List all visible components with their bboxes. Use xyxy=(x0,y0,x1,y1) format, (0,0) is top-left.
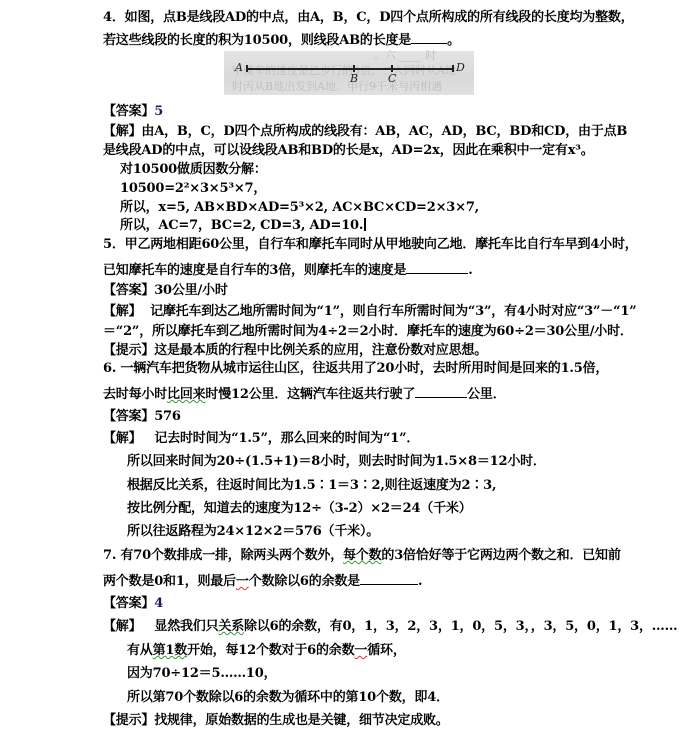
grammar-squiggle: 比回来 xyxy=(167,387,205,402)
q4-solution-line5: 所以，x=5, AB×BD×AD=5³×2, AC×BC×CD=2×3×7, xyxy=(120,200,479,216)
spelling-squiggle: 一 xyxy=(354,643,367,658)
figure-ghost-text-bot: 时丙从B地出发到A地。甲行9千米与丙相遇 xyxy=(232,78,442,94)
q4-solution-line4: 10500=2²×3×5³×7， xyxy=(120,181,266,197)
point-b-label: B xyxy=(350,72,358,85)
answer-blank xyxy=(411,31,447,44)
answer-label: 【答案】 xyxy=(103,283,154,298)
solution-text: 记摩托车到达乙地所需时间为“1”，则自行车所需时间为“3”，有4小时对应“3”－… xyxy=(150,304,636,319)
q5-line2-end: . xyxy=(468,263,472,278)
solution-label: 【解】 xyxy=(103,124,141,139)
solution-text-c: 循环， xyxy=(367,643,405,658)
q7-line2-text-b: 个数除以6的余数是 xyxy=(249,574,360,589)
q7-line2-end: . xyxy=(418,574,422,589)
q7-answer: 【答案】4 xyxy=(103,596,163,612)
tick-d xyxy=(452,65,454,72)
answer-label: 【答案】 xyxy=(103,409,154,424)
q6-solution-line3: 根据反比关系，往返时间比为1.5∶1＝3∶2,则往返速度为2∶3, xyxy=(127,478,496,494)
answer-blank xyxy=(406,261,468,274)
q7-line1-text-a: 7. 有70个数排成一排，除两头两个数外， xyxy=(103,548,343,563)
hint-text: 找规律，原始数据的生成也是关键，细节决定成败。 xyxy=(154,713,448,728)
solution-text-a: 显然我们只 xyxy=(154,619,218,634)
q6-line2-text-b: 时慢12公里．这辆汽车往返共行驶了 xyxy=(205,387,415,402)
solution-label: 【解】 xyxy=(103,431,141,446)
spelling-squiggle: 一 xyxy=(236,574,249,589)
point-c-label: C xyxy=(388,72,396,85)
hint-label: 【提示】 xyxy=(103,343,154,358)
q6-solution-line4: 按比例分配，知道去的速度为12÷（3-2）×2＝24（千米） xyxy=(127,501,472,517)
tick-b xyxy=(353,65,355,72)
hint-text: 这是最本质的行程中比例关系的应用，注意份数对应思想。 xyxy=(154,343,487,358)
solution-text: 所以，AC=7，BC=2, CD=3, AD=10. xyxy=(120,218,363,233)
q7-solution-line4: 所以第70个数除以6的余数为循环中的第10个数，即4． xyxy=(127,690,449,706)
answer-value: 5 xyxy=(154,104,163,119)
solution-label: 【解】 xyxy=(103,304,141,319)
q6-line2-end: 公里． xyxy=(467,387,505,402)
tick-a xyxy=(246,65,248,72)
q7-line1: 7. 有70个数排成一排，除两头两个数外，每个数的3倍恰好等于它两边两个数之和．… xyxy=(103,548,621,564)
q6-line1: 6. 一辆汽车把货物从城市运往山区，往返共用了20小时，去时所用时间是回来的1.… xyxy=(103,361,608,377)
text-cursor xyxy=(364,218,366,231)
solution-text: 由A，B，C，D四个点所构成的线段有：AB，AC，AD，BC，BD和CD，由于点… xyxy=(141,124,627,139)
solution-text-b: 除以6的余数，有0，1，3，2，3，1，0，5，3，，3，5，0，1，3，…… xyxy=(244,619,677,634)
q4-line2-end: 。 xyxy=(447,33,460,48)
q4-solution-line3: 对10500做质因数分解： xyxy=(120,162,267,178)
q6-solution-line1: 【解】 记去时时间为“1.5”，那么回来的时间为“1”． xyxy=(103,431,419,447)
q6-solution-line5: 所以往返路程为24×12×2＝576（千米）。 xyxy=(127,524,379,540)
q7-solution-line3: 因为70÷12＝5……10， xyxy=(127,666,276,682)
point-a-label: A xyxy=(235,61,243,74)
q4-line2-text: 若这些线段的长度的积为10500，则线段AB的长度是 xyxy=(103,33,411,48)
q4-solution-line2: 是线段AD的中点，可以设线段AB和BD的长是x，AD=2x，因此在乘积中一定有x… xyxy=(103,143,594,159)
q7-hint: 【提示】找规律，原始数据的生成也是关键，细节决定成败。 xyxy=(103,713,449,729)
q4-answer: 【答案】5 xyxy=(103,104,163,120)
figure-ghost-text-mid: 甲骑车的速度是乙步行的3倍，二人同时从A地 xyxy=(232,62,456,78)
point-d-label: D xyxy=(456,61,465,74)
figure-ghost-text-top: 。六 ____ 时 xyxy=(374,47,436,63)
q5-solution-line2: ＝“2”，所以摩托车到乙地所需时间为4÷2＝2小时．摩托车的速度为60÷2＝30… xyxy=(103,324,633,340)
solution-label: 【解】 xyxy=(103,619,141,634)
line-segment-figure: 。六 ____ 时 甲骑车的速度是乙步行的3倍，二人同时从A地 时丙从B地出发到… xyxy=(224,51,474,95)
q6-solution-line2: 所以回来时间为20÷(1.5+1)＝8小时，则去时时间为1.5×8＝12小时． xyxy=(127,454,546,470)
answer-value: 4 xyxy=(154,596,163,611)
q5-line2-text: 已知摩托车的速度是自行车的3倍，则摩托车的速度是 xyxy=(103,263,406,278)
solution-text: 记去时时间为“1.5”，那么回来的时间为“1”． xyxy=(154,431,419,446)
q5-solution-line1: 【解】 记摩托车到达乙地所需时间为“1”，则自行车所需时间为“3”，有4小时对应… xyxy=(103,304,637,320)
grammar-squiggle: 第1数 xyxy=(153,643,187,658)
q5-hint: 【提示】这是最本质的行程中比例关系的应用，注意份数对应思想。 xyxy=(103,343,487,359)
q7-solution-line2: 有从第1数开始，每12个数对于6的余数一循环， xyxy=(127,643,406,659)
q6-line2: 去时每小时比回来时慢12公里．这辆汽车往返共行驶了公里． xyxy=(103,385,506,403)
q7-line2: 两个数是0和1，则最后一个数除以6的余数是. xyxy=(103,572,422,590)
q5-answer: 【答案】30公里/小时 xyxy=(103,283,228,299)
answer-label: 【答案】 xyxy=(103,596,154,611)
grammar-squiggle: 每个数 xyxy=(343,548,381,563)
q4-solution-line1: 【解】由A，B，C，D四个点所构成的线段有：AB，AC，AD，BC，BD和CD，… xyxy=(103,124,627,140)
grammar-squiggle: 关系 xyxy=(218,619,244,634)
solution-text-b: 开始，每12个数对于6的余数 xyxy=(187,643,354,658)
answer-blank xyxy=(360,572,418,585)
answer-value: 30公里/小时 xyxy=(154,283,227,298)
answer-label: 【答案】 xyxy=(103,104,154,119)
solution-text-a: 有从 xyxy=(127,643,153,658)
q4-line1: 4．如图，点B是线段AD的中点，由A，B，C，D四个点所构成的所有线段的长度均为… xyxy=(103,10,634,26)
q5-line1: 5．甲乙两地相距60公里，自行车和摩托车同时从甲地驶向乙地．摩托车比自行车早到4… xyxy=(103,237,638,253)
q7-line2-text-a: 两个数是0和1，则最后 xyxy=(103,574,236,589)
q4-solution-line6: 所以，AC=7，BC=2, CD=3, AD=10. xyxy=(120,218,366,234)
tick-c xyxy=(391,65,393,72)
answer-value: 576 xyxy=(154,409,181,424)
hint-label: 【提示】 xyxy=(103,713,154,728)
q7-solution-line1: 【解】 显然我们只关系除以6的余数，有0，1，3，2，3，1，0，5，3，，3，… xyxy=(103,619,677,635)
q6-answer: 【答案】576 xyxy=(103,409,181,425)
segment-ad xyxy=(247,68,452,70)
q6-line2-text-a: 去时每小时 xyxy=(103,387,167,402)
answer-blank xyxy=(415,385,467,398)
q7-line1-text-b: 的3倍恰好等于它两边两个数之和．已知前 xyxy=(381,548,620,563)
q5-line2: 已知摩托车的速度是自行车的3倍，则摩托车的速度是. xyxy=(103,261,473,279)
